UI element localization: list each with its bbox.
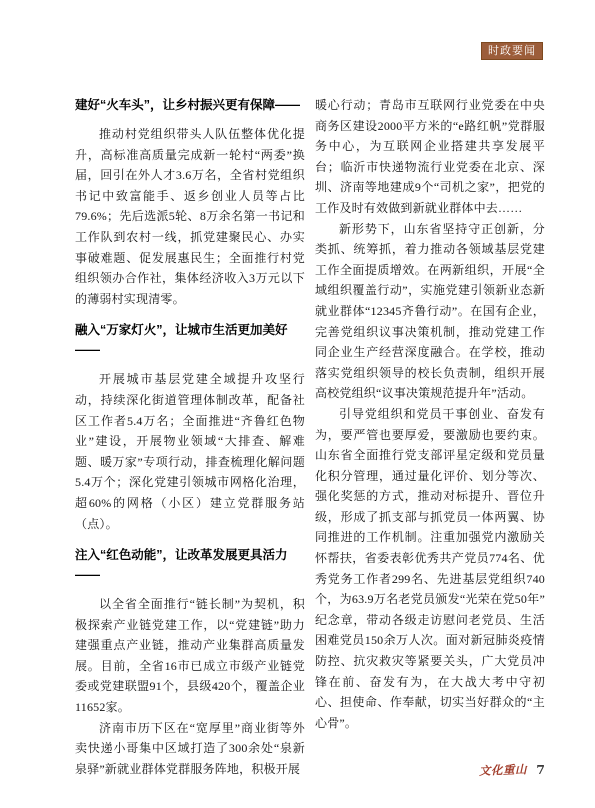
paragraph-jinan-couriers: 济南市历下区在“宽厚里”商业街等外卖快递小哥集中区域打造了300余处“泉新泉驿”… bbox=[75, 718, 305, 780]
magazine-page: 时政要闻 建好“火车头”，让乡村振兴更有保障—— 推动村党组织带头人队伍整体优化… bbox=[0, 0, 595, 808]
section-badge: 时政要闻 bbox=[481, 42, 543, 60]
paragraph-party-member-incentives: 引导党组织和党员干事创业、奋发有为，要严管也要厚爱，要激励也要约束。山东省全面推… bbox=[315, 404, 545, 734]
heading-rural-revitalization: 建好“火车头”，让乡村振兴更有保障—— bbox=[75, 95, 305, 115]
right-column: 暖心行动；青岛市互联网行业党委在中央商务区建设2000平方米的“e路红帆”党群服… bbox=[315, 95, 545, 779]
paragraph-new-situation: 新形势下，山东省坚持守正创新，分类抓、统筹抓，着力推动各领域基层党建工作全面提质… bbox=[315, 219, 545, 404]
paragraph-village-party: 推动村党组织带头人队伍整体优化提升，高标准高质量完成新一轮村“两委”换届，回引在… bbox=[75, 124, 305, 309]
article-body: 建好“火车头”，让乡村振兴更有保障—— 推动村党组织带头人队伍整体优化提升，高标… bbox=[75, 95, 545, 779]
heading-red-energy: 注入“红色动能”，让改革发展更具活力—— bbox=[75, 545, 305, 585]
paragraph-urban-grassroots: 开展城市基层党建全域提升攻坚行动，持续深化街道管理体制改革，配备社区工作者5.4… bbox=[75, 369, 305, 534]
page-footer: 文化重山 7 bbox=[479, 762, 545, 778]
heading-city-life: 融入“万家灯火”，让城市生活更加美好—— bbox=[75, 320, 305, 360]
paragraph-industry-chain: 以全省全面推行“链长制”为契机，积极探索产业链党建工作，以“党建链”助力建强重点… bbox=[75, 594, 305, 718]
magazine-logo: 文化重山 bbox=[479, 761, 528, 779]
paragraph-new-employment-groups: 暖心行动；青岛市互联网行业党委在中央商务区建设2000平方米的“e路红帆”党群服… bbox=[315, 95, 545, 219]
left-column: 建好“火车头”，让乡村振兴更有保障—— 推动村党组织带头人队伍整体优化提升，高标… bbox=[75, 95, 305, 779]
page-number: 7 bbox=[536, 762, 545, 777]
